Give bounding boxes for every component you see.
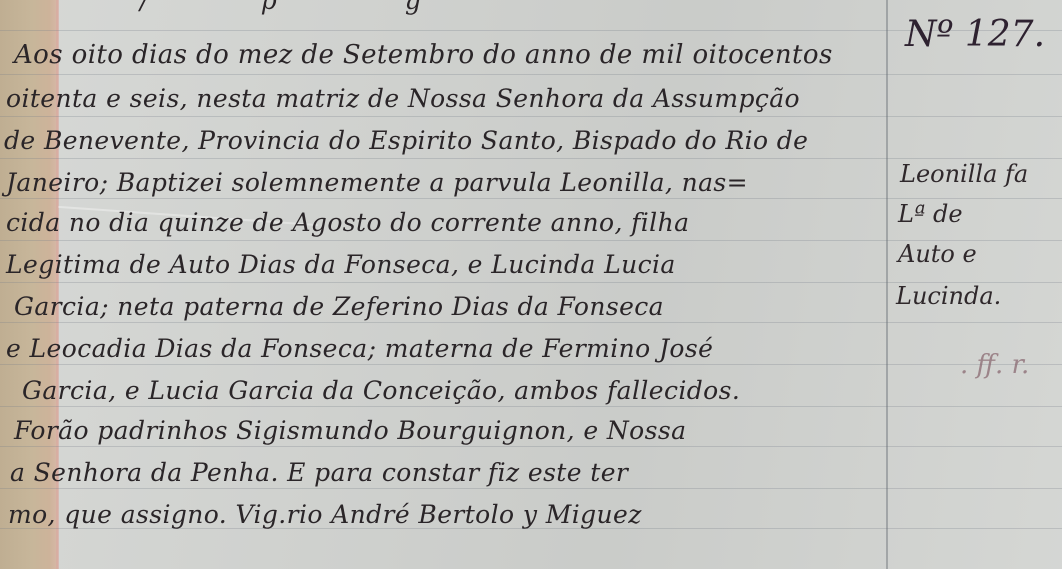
record-line-3: de Benevente, Provincia do Espirito Sant… xyxy=(4,126,808,155)
ruled-line xyxy=(0,322,1062,323)
record-line-6: Legitima de Auto Dias da Fonseca, e Luci… xyxy=(6,250,676,279)
previous-entry-fragment: / xyxy=(140,0,148,15)
ruled-line xyxy=(0,30,1062,31)
record-line-2: oitenta e seis, nesta matriz de Nossa Se… xyxy=(6,84,800,113)
previous-entry-fragment: ρ xyxy=(262,0,277,15)
ruled-line xyxy=(0,158,1062,159)
record-line-12-signature: mo, que assigno. Vig.rio André Bertolo y… xyxy=(8,500,642,529)
record-line-1: Aos oito dias do mez de Setembro do anno… xyxy=(14,40,833,70)
ruled-line xyxy=(0,488,1062,489)
ruled-line xyxy=(0,116,1062,117)
ruled-line xyxy=(0,198,1062,199)
record-line-8: e Leocadia Dias da Fonseca; materna de F… xyxy=(6,334,713,363)
record-line-5: cida no dia quinze de Agosto do corrente… xyxy=(6,208,689,237)
margin-note-line-2: Lª de xyxy=(898,200,963,228)
margin-note-line-1: Leonilla fa xyxy=(900,160,1028,188)
record-line-10: Forão padrinhos Sigismundo Bourguignon, … xyxy=(14,416,686,445)
ruled-line xyxy=(0,406,1062,407)
margin-note-line-4: Lucinda. xyxy=(896,282,1001,310)
previous-entry-fragment: g xyxy=(405,0,421,15)
entry-number: Nº 127. xyxy=(905,14,1045,55)
record-line-9: Garcia, e Lucia Garcia da Conceição, amb… xyxy=(22,376,740,405)
faded-margin-mark: . ff. r. xyxy=(960,350,1029,380)
manuscript-page: / ρ g Nº 127. Aos oito dias do mez de Se… xyxy=(0,0,1062,569)
record-line-11: a Senhora da Penha. E para constar fiz e… xyxy=(10,458,628,487)
margin-rule xyxy=(886,0,888,569)
ruled-line xyxy=(0,74,1062,75)
margin-note-line-3: Auto e xyxy=(898,240,977,268)
record-line-4: Janeiro; Baptizei solemnemente a parvula… xyxy=(6,168,748,197)
ruled-line xyxy=(0,446,1062,447)
record-line-7: Garcia; neta paterna de Zeferino Dias da… xyxy=(14,292,664,321)
ruled-line xyxy=(0,364,1062,365)
